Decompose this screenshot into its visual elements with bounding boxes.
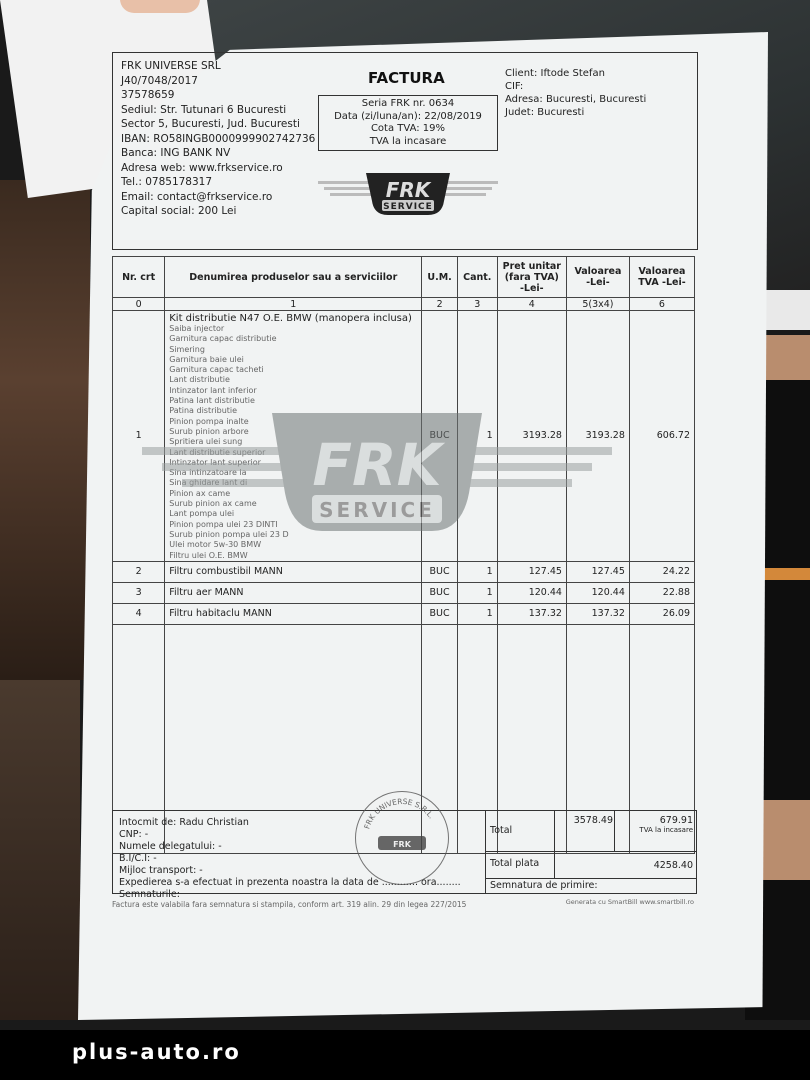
sub-item: Filtru ulei O.E. BMW xyxy=(169,551,417,561)
invoice-date: Data (zi/luna/an): 22/08/2019 xyxy=(319,111,497,124)
car-interior-background xyxy=(0,680,80,1020)
svg-text:FRK: FRK xyxy=(386,178,432,202)
company-line: Adresa web: www.frkservice.ro xyxy=(121,161,315,176)
sub-item: Pinion ax came xyxy=(169,489,417,499)
row-um: BUC xyxy=(422,561,458,582)
company-stamp-icon: FRK UNIVERSE S.R.L. FRK xyxy=(355,791,449,885)
sub-item: Spritiera ulei sung xyxy=(169,437,417,447)
total-pay-label: Total plata xyxy=(490,858,539,869)
header-description: Denumirea produselor sau a serviciilor xyxy=(165,257,422,298)
index-cell: 2 xyxy=(422,298,458,311)
total-value: 3578.49 xyxy=(574,815,613,826)
sub-items-list: Saiba injectorGarnitura capac distributi… xyxy=(169,324,417,561)
client-name: Client: Iftode Stefan xyxy=(505,67,646,80)
sub-item: Surub pinion ax came xyxy=(169,499,417,509)
sub-item: Garnitura capac distributie xyxy=(169,334,417,344)
row-unit-price: 3193.28 xyxy=(497,311,566,562)
sub-item: Pinion pompa ulei 23 DINTI xyxy=(169,520,417,530)
sub-item: Patina lant distributie xyxy=(169,396,417,406)
sub-item: Lant distributie superior xyxy=(169,448,417,458)
sub-item: Sina intinzatoare la xyxy=(169,468,417,478)
row-description: Filtru aer MANN xyxy=(165,582,422,603)
total-row: Total 3578.49 679.91 TVA la incasare xyxy=(486,811,697,852)
sub-item: Lant pompa ulei xyxy=(169,509,417,519)
row-vat: 26.09 xyxy=(629,603,694,624)
items-table: Nr. crt Denumirea produselor sau a servi… xyxy=(112,256,695,854)
row-um: BUC xyxy=(422,582,458,603)
header-vat: Valoarea TVA -Lei- xyxy=(629,257,694,298)
company-details: FRK UNIVERSE SRLJ40/7048/201737578659Sed… xyxy=(121,59,315,219)
invoice-header-box: FRK UNIVERSE SRLJ40/7048/201737578659Sed… xyxy=(112,52,698,250)
row-unit-price: 120.44 xyxy=(497,582,566,603)
row-um: BUC xyxy=(422,603,458,624)
invoice-series: Seria FRK nr. 0634 xyxy=(319,98,497,111)
vat-mode: TVA la incasare xyxy=(319,136,497,149)
index-cell: 3 xyxy=(457,298,497,311)
row-nr: 2 xyxy=(113,561,165,582)
company-line: Capital social: 200 Lei xyxy=(121,204,315,219)
header-nr: Nr. crt xyxy=(113,257,165,298)
table-row: 1 Kit distributie N47 O.E. BMW (manopera… xyxy=(113,311,695,562)
row-qty: 1 xyxy=(457,603,497,624)
item-name: Kit distributie N47 O.E. BMW (manopera i… xyxy=(169,313,417,324)
client-county: Judet: Bucuresti xyxy=(505,106,646,119)
row-unit-price: 137.32 xyxy=(497,603,566,624)
sub-item: Patina distributie xyxy=(169,406,417,416)
sub-item: Garnitura capac tacheti xyxy=(169,365,417,375)
sub-item: Ulei motor 5w-30 BMW xyxy=(169,540,417,550)
client-details: Client: Iftode Stefan CIF: Adresa: Bucur… xyxy=(505,67,646,119)
row-value: 120.44 xyxy=(566,582,629,603)
row-vat: 22.88 xyxy=(629,582,694,603)
frk-service-logo-icon: FRK SERVICE xyxy=(318,171,498,217)
company-line: J40/7048/2017 xyxy=(121,74,315,89)
row-vat: 606.72 xyxy=(629,311,694,562)
invoice-footer-box: Intocmit de: Radu Christian CNP: - Numel… xyxy=(112,810,697,894)
row-um: BUC xyxy=(422,311,458,562)
finger xyxy=(120,0,200,13)
row-value: 137.32 xyxy=(566,603,629,624)
invoice-title: FACTURA xyxy=(368,69,445,87)
index-cell: 5(3x4) xyxy=(566,298,629,311)
row-value: 127.45 xyxy=(566,561,629,582)
sub-item: Surub pinion arbore xyxy=(169,427,417,437)
sub-item: Sina ghidare lant di xyxy=(169,478,417,488)
table-row: 2 Filtru combustibil MANN BUC 1 127.45 1… xyxy=(113,561,695,582)
total-pay-value: 4258.40 xyxy=(654,860,693,871)
invoice-series-box: Seria FRK nr. 0634 Data (zi/luna/an): 22… xyxy=(318,95,498,151)
index-cell: 4 xyxy=(497,298,566,311)
total-vat: 679.91 TVA la incasare xyxy=(639,815,693,834)
site-watermark: plus-auto.ro xyxy=(72,1040,241,1064)
header-value: Valoarea -Lei- xyxy=(566,257,629,298)
row-qty: 1 xyxy=(457,582,497,603)
header-unit-price: Pret unitar (fara TVA) -Lei- xyxy=(497,257,566,298)
table-row: 4 Filtru habitaclu MANN BUC 1 137.32 137… xyxy=(113,603,695,624)
row-description: Filtru combustibil MANN xyxy=(165,561,422,582)
index-cell: 6 xyxy=(629,298,694,311)
company-line: IBAN: RO58INGB0000999902742736 xyxy=(121,132,315,147)
sub-item: Surub pinion pompa ulei 23 D xyxy=(169,530,417,540)
totals-section: Total 3578.49 679.91 TVA la incasare Tot… xyxy=(485,811,697,893)
company-line: FRK UNIVERSE SRL xyxy=(121,59,315,74)
company-line: Email: contact@frkservice.ro xyxy=(121,190,315,205)
legal-note: Factura este valabila fara semnatura si … xyxy=(112,900,466,909)
company-line: Sector 5, Bucuresti, Jud. Bucuresti xyxy=(121,117,315,132)
row-description: Filtru habitaclu MANN xyxy=(165,603,422,624)
sub-item: Pinion pompa inalte xyxy=(169,417,417,427)
row-vat: 24.22 xyxy=(629,561,694,582)
table-row: 3 Filtru aer MANN BUC 1 120.44 120.44 22… xyxy=(113,582,695,603)
row-description: Kit distributie N47 O.E. BMW (manopera i… xyxy=(165,311,422,562)
company-line: Banca: ING BANK NV xyxy=(121,146,315,161)
header-um: U.M. xyxy=(422,257,458,298)
sub-item: Garnitura baie ulei xyxy=(169,355,417,365)
row-unit-price: 127.45 xyxy=(497,561,566,582)
total-vat-note: TVA la incasare xyxy=(639,826,693,834)
sub-item: Lant distributie xyxy=(169,375,417,385)
total-pay-row: Total plata 4258.40 xyxy=(486,852,697,879)
row-nr: 3 xyxy=(113,582,165,603)
total-label: Total xyxy=(490,825,512,836)
column-index-row: 0 1 2 3 4 5(3x4) 6 xyxy=(113,298,695,311)
company-line: Tel.: 0785178317 xyxy=(121,175,315,190)
company-line: Sediul: Str. Tutunari 6 Bucuresti xyxy=(121,103,315,118)
svg-text:SERVICE: SERVICE xyxy=(383,202,433,212)
sub-item: Simering xyxy=(169,345,417,355)
client-cif: CIF: xyxy=(505,80,646,93)
row-qty: 1 xyxy=(457,561,497,582)
svg-text:FRK: FRK xyxy=(393,840,412,849)
row-nr: 4 xyxy=(113,603,165,624)
receipt-signature: Semnatura de primire: xyxy=(490,880,598,891)
svg-text:FRK UNIVERSE S.R.L.: FRK UNIVERSE S.R.L. xyxy=(362,797,436,830)
index-cell: 1 xyxy=(165,298,422,311)
company-line: 37578659 xyxy=(121,88,315,103)
client-address: Adresa: Bucuresti, Bucuresti xyxy=(505,93,646,106)
wood-trim-background xyxy=(0,180,90,680)
row-qty: 1 xyxy=(457,311,497,562)
sub-item: Intinzator lant superior xyxy=(169,458,417,468)
row-value: 3193.28 xyxy=(566,311,629,562)
header-qty: Cant. xyxy=(457,257,497,298)
sub-item: Intinzator lant inferior xyxy=(169,386,417,396)
index-cell: 0 xyxy=(113,298,165,311)
row-nr: 1 xyxy=(113,311,165,562)
vat-rate: Cota TVA: 19% xyxy=(319,123,497,136)
generated-by: Generata cu SmartBill www.smartbill.ro xyxy=(566,898,694,906)
sub-item: Saiba injector xyxy=(169,324,417,334)
total-vat-value: 679.91 xyxy=(639,815,693,826)
